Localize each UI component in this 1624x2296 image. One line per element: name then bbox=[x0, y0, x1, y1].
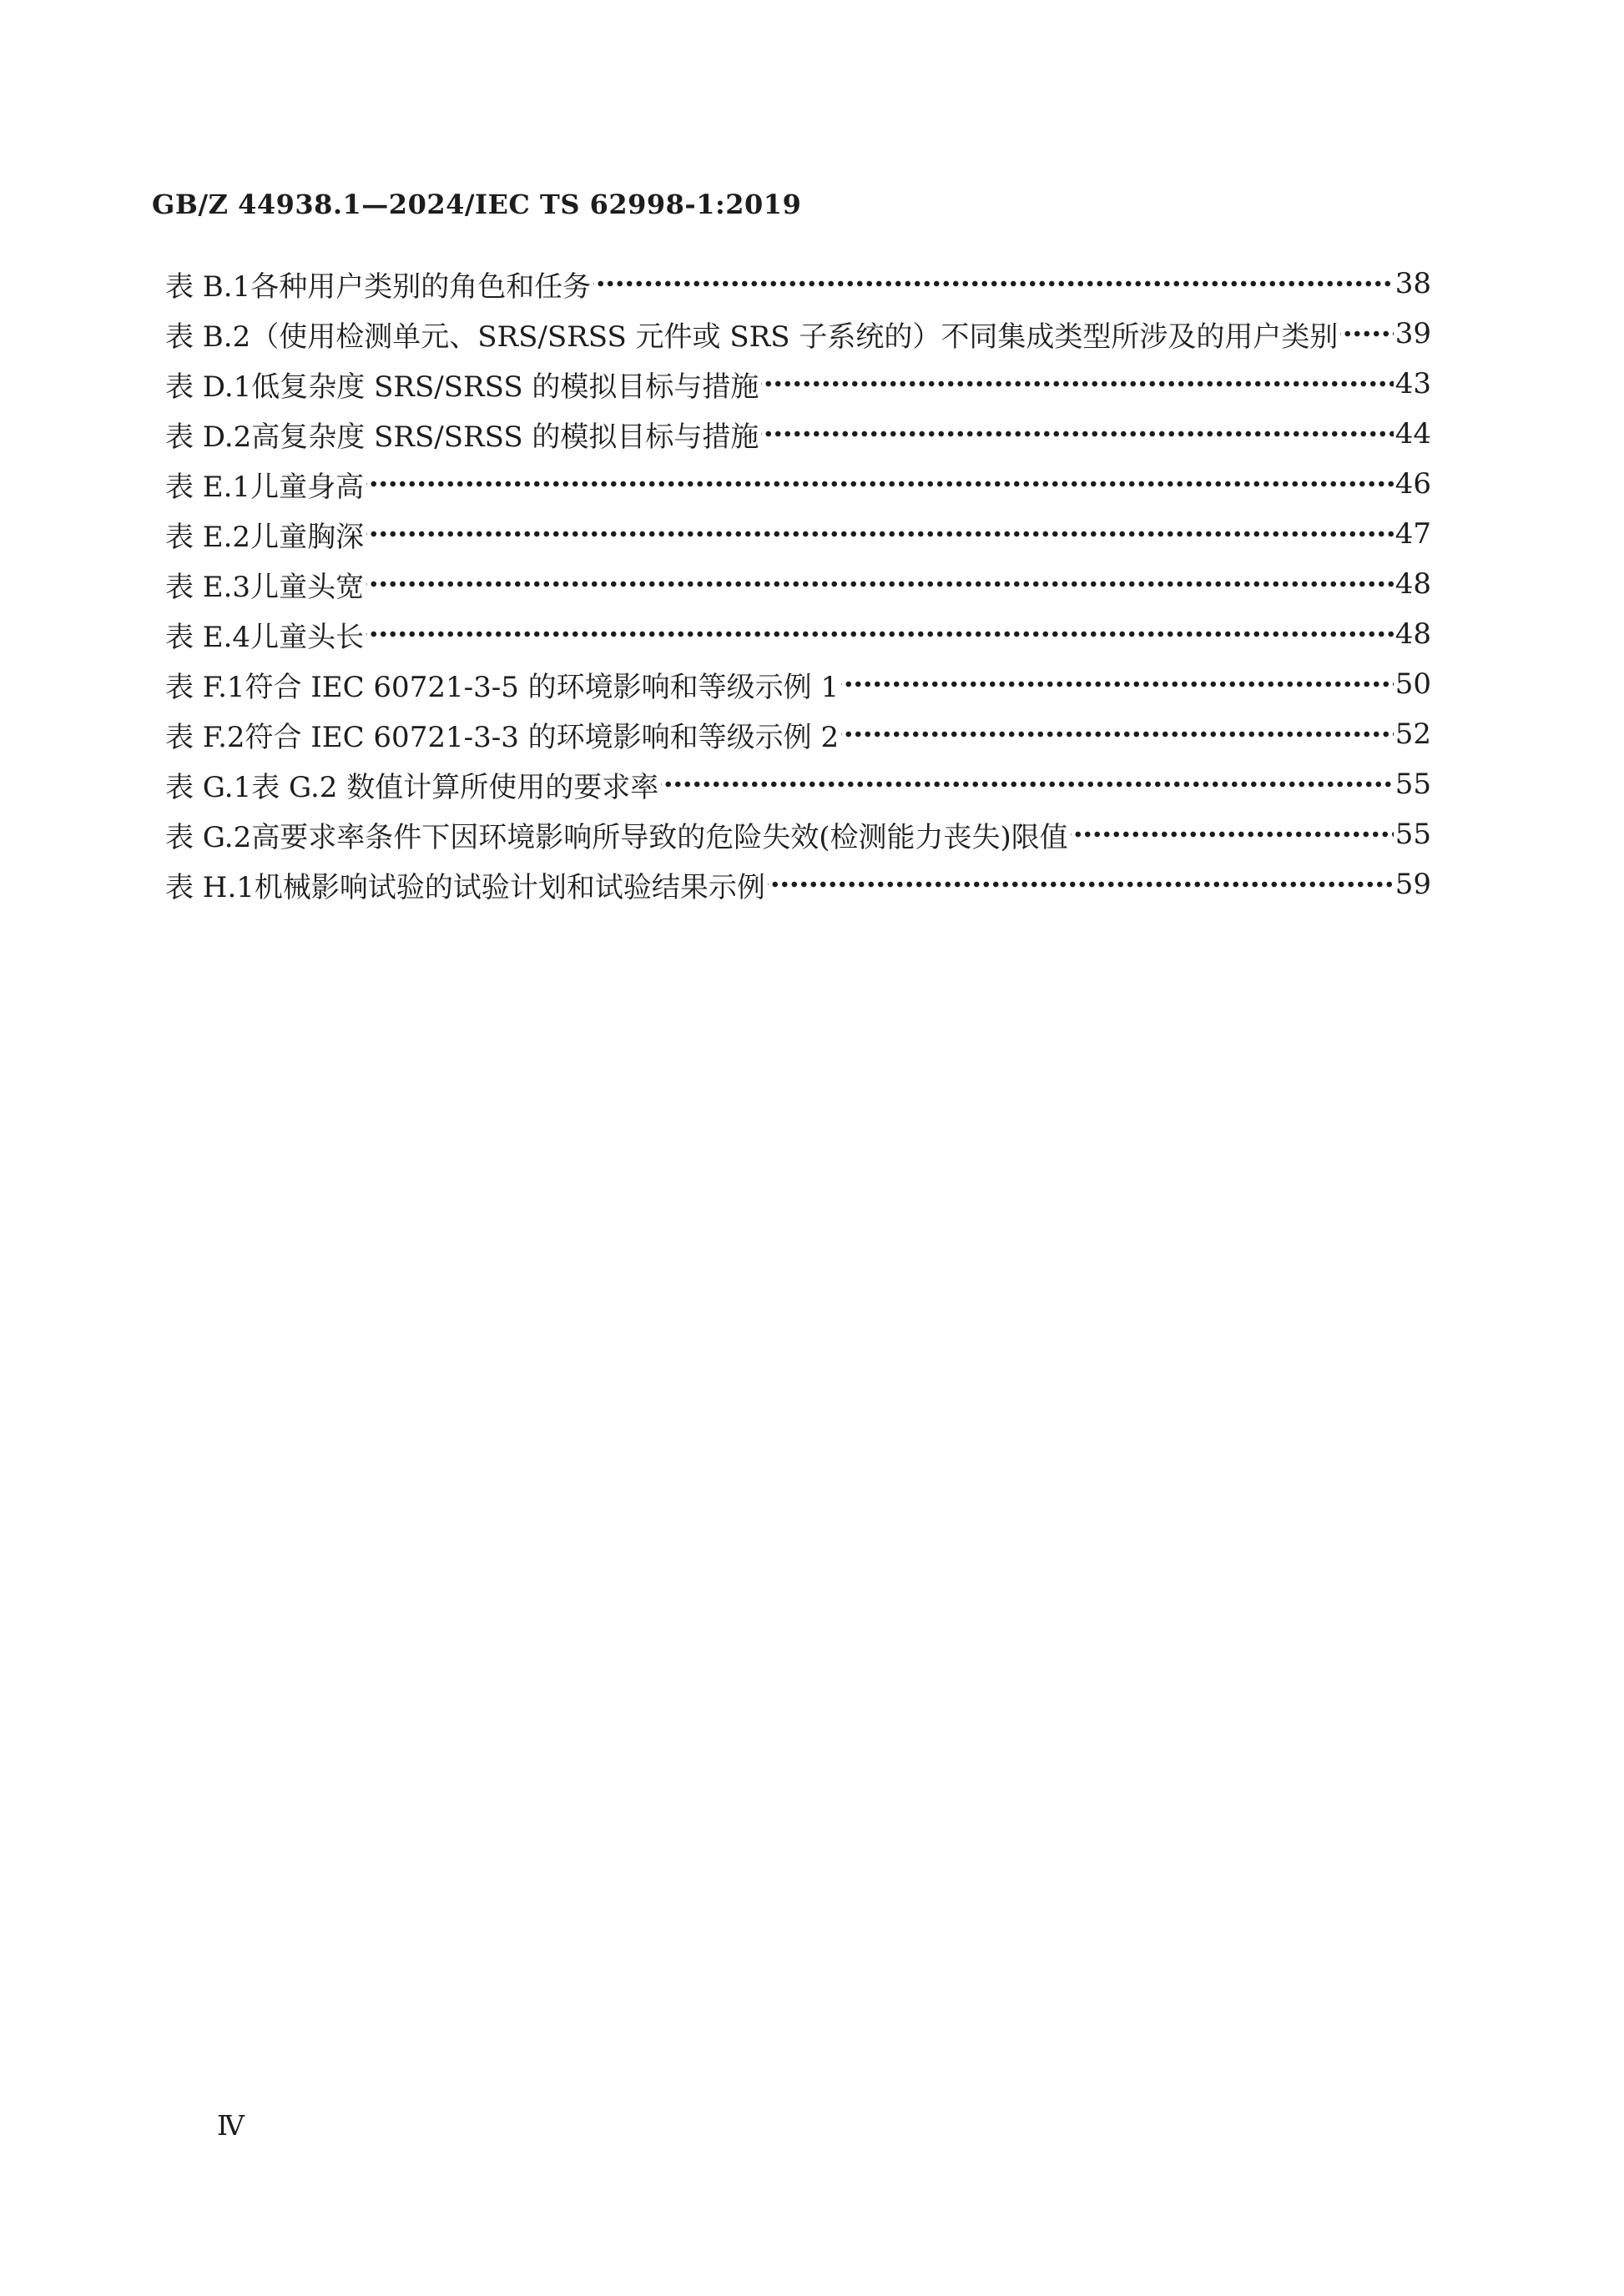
toc-entry-page: 48 bbox=[1394, 567, 1431, 601]
toc-entry-title: 符合 IEC 60721-3-5 的环境影响和等级示例 1 bbox=[245, 664, 842, 705]
dot-leader bbox=[768, 870, 1394, 899]
toc-entry-label: 表 G.2 bbox=[165, 814, 251, 855]
toc-entry: 表 B.2 （使用检测单元、SRS/SRSS 元件或 SRS 子系统的）不同集成… bbox=[165, 309, 1431, 359]
toc-entry: 表 G.2 高要求率条件下因环境影响所导致的危险失效(检测能力丧失)限值 55 bbox=[165, 809, 1431, 859]
toc-entry-label: 表 D.1 bbox=[165, 364, 251, 405]
dot-leader bbox=[366, 620, 1394, 648]
toc-entry-title: 高复杂度 SRS/SRSS 的模拟目标与措施 bbox=[251, 414, 761, 455]
toc-entry-title: （使用检测单元、SRS/SRSS 元件或 SRS 子系统的）不同集成类型所涉及的… bbox=[250, 314, 1340, 355]
toc-entry: 表 F.1 符合 IEC 60721-3-5 的环境影响和等级示例 1 50 bbox=[165, 659, 1431, 709]
toc-entry: 表 E.3 儿童头宽 48 bbox=[165, 559, 1431, 609]
dot-leader bbox=[1071, 820, 1394, 848]
dot-leader bbox=[1340, 320, 1393, 348]
toc-entry-page: 46 bbox=[1394, 467, 1431, 501]
toc-entry-page: 44 bbox=[1394, 417, 1431, 451]
toc-entry: 表 D.1 低复杂度 SRS/SRSS 的模拟目标与措施 43 bbox=[165, 359, 1431, 409]
toc-entry: 表 D.2 高复杂度 SRS/SRSS 的模拟目标与措施 44 bbox=[165, 409, 1431, 459]
toc-entry-label: 表 F.1 bbox=[165, 664, 245, 705]
toc-entry-label: 表 D.2 bbox=[165, 414, 251, 455]
toc-entry: 表 F.2 符合 IEC 60721-3-3 的环境影响和等级示例 2 52 bbox=[165, 709, 1431, 759]
toc-entry-title: 表 G.2 数值计算所使用的要求率 bbox=[251, 764, 661, 805]
toc-entry-page: 55 bbox=[1394, 818, 1431, 851]
dot-leader bbox=[661, 770, 1394, 798]
toc-entry-label: 表 E.3 bbox=[165, 564, 250, 605]
toc-entry: 表 G.1 表 G.2 数值计算所使用的要求率 55 bbox=[165, 759, 1431, 809]
toc-entry-page: 59 bbox=[1394, 868, 1431, 901]
toc-entry-title: 儿童头宽 bbox=[250, 564, 366, 605]
document-number-header: GB/Z 44938.1—2024/IEC TS 62998-1:2019 bbox=[152, 189, 801, 220]
toc-entry-title: 机械影响试验的试验计划和试验结果示例 bbox=[255, 864, 768, 905]
toc-entry: 表 E.1 儿童身高 46 bbox=[165, 459, 1431, 509]
toc-entry-title: 儿童身高 bbox=[250, 464, 366, 505]
dot-leader bbox=[366, 470, 1394, 498]
toc-entry-page: 48 bbox=[1394, 617, 1431, 651]
toc-entry: 表 E.2 儿童胸深 47 bbox=[165, 509, 1431, 559]
toc-entry-label: 表 E.4 bbox=[165, 614, 250, 655]
toc-entry-page: 47 bbox=[1394, 517, 1431, 551]
toc-entry-label: 表 E.2 bbox=[165, 514, 250, 555]
toc-entry-title: 低复杂度 SRS/SRSS 的模拟目标与措施 bbox=[251, 364, 761, 405]
toc-entry-title: 高要求率条件下因环境影响所导致的危险失效(检测能力丧失)限值 bbox=[251, 814, 1071, 855]
toc-entry: 表 E.4 儿童头长 48 bbox=[165, 609, 1431, 659]
toc-entry-title: 儿童头长 bbox=[250, 614, 366, 655]
dot-leader bbox=[761, 370, 1393, 398]
dot-leader bbox=[593, 269, 1394, 298]
dot-leader bbox=[841, 720, 1394, 748]
toc-entry-label: 表 B.2 bbox=[165, 314, 250, 355]
toc-entry-label: 表 H.1 bbox=[165, 864, 255, 905]
document-page: GB/Z 44938.1—2024/IEC TS 62998-1:2019 表 … bbox=[0, 0, 1624, 2296]
dot-leader bbox=[366, 520, 1394, 548]
toc-entry-page: 43 bbox=[1394, 367, 1431, 400]
dot-leader bbox=[366, 570, 1394, 598]
table-of-contents-list: 表 B.1 各种用户类别的角色和任务 38 表 B.2 （使用检测单元、SRS/… bbox=[165, 259, 1431, 909]
toc-entry-page: 50 bbox=[1394, 667, 1431, 701]
toc-entry-page: 39 bbox=[1394, 317, 1431, 350]
toc-entry: 表 H.1 机械影响试验的试验计划和试验结果示例 59 bbox=[165, 859, 1431, 909]
toc-entry-label: 表 F.2 bbox=[165, 714, 245, 755]
toc-entry-label: 表 E.1 bbox=[165, 464, 250, 505]
toc-entry-label: 表 G.1 bbox=[165, 764, 251, 805]
toc-entry-title: 符合 IEC 60721-3-3 的环境影响和等级示例 2 bbox=[245, 714, 842, 755]
toc-entry-title: 各种用户类别的角色和任务 bbox=[250, 264, 593, 305]
toc-entry-label: 表 B.1 bbox=[165, 264, 250, 305]
toc-entry-page: 38 bbox=[1394, 267, 1431, 300]
toc-entry-page: 52 bbox=[1394, 717, 1431, 751]
toc-entry-title: 儿童胸深 bbox=[250, 514, 366, 555]
dot-leader bbox=[841, 670, 1394, 698]
toc-entry: 表 B.1 各种用户类别的角色和任务 38 bbox=[165, 259, 1431, 309]
page-number-footer: Ⅳ bbox=[217, 2109, 245, 2142]
toc-entry-page: 55 bbox=[1394, 768, 1431, 801]
dot-leader bbox=[761, 420, 1393, 448]
